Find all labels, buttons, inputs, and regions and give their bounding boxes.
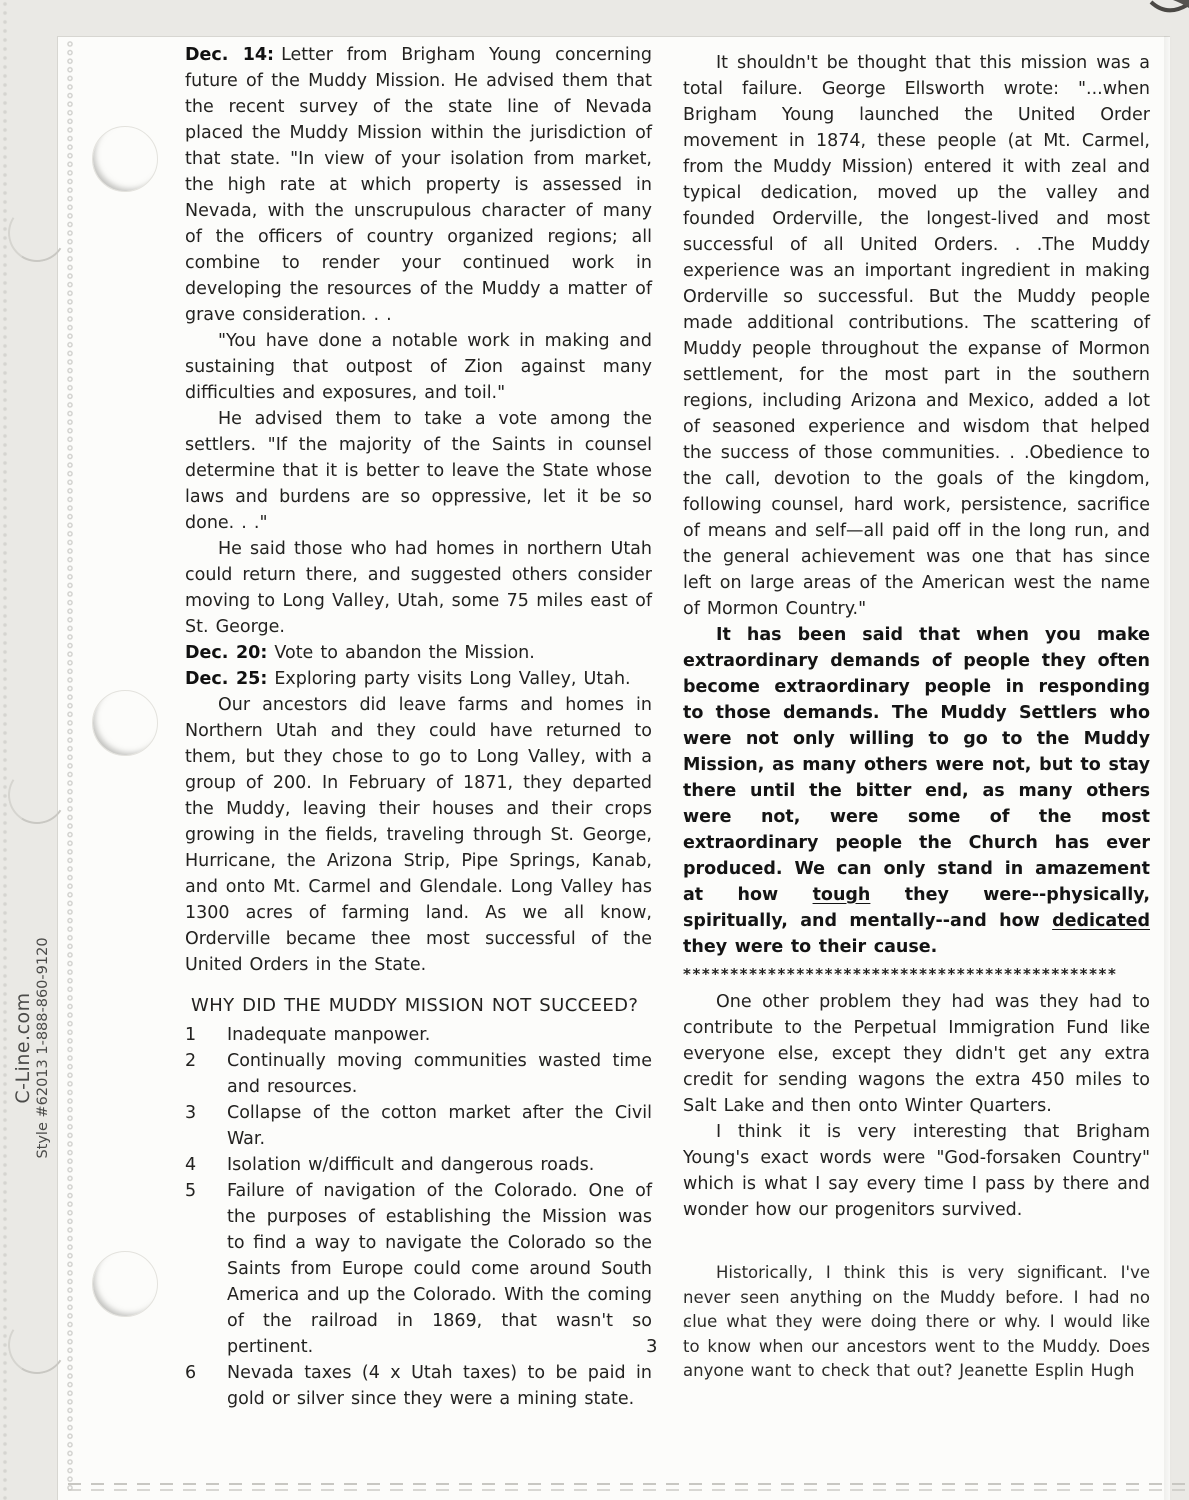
list-number: 1 (185, 1022, 196, 1048)
paragraph-historical-note: Historically, I think this is very signi… (683, 1261, 1150, 1384)
binder-hole (92, 126, 158, 192)
list-item: 2Continually moving communities wasted t… (185, 1048, 652, 1100)
paragraph-text: Letter from Brigham Young concerning fut… (185, 45, 652, 325)
page-number: 3 (646, 1336, 657, 1357)
brand-name: C-Line.com (13, 935, 35, 1161)
paragraph-dec20: Dec. 20:Vote to abandon the Mission. (185, 640, 652, 666)
date-label: Dec. 25: (185, 669, 267, 689)
list-number: 4 (185, 1152, 196, 1178)
list-item: 6Nevada taxes (4 x Utah taxes) to be pai… (185, 1360, 652, 1412)
paragraph-dec25: Dec. 25:Exploring party visits Long Vall… (185, 666, 652, 692)
section-heading: WHY DID THE MUDDY MISSION NOT SUCCEED? (185, 993, 652, 1019)
protector-bottom-seal (68, 1483, 1189, 1485)
paragraph-dec14: Dec. 14:Letter from Brigham Young concer… (185, 42, 652, 328)
paper-right-edge-shadow (1164, 36, 1172, 1500)
page-corner-fold-mark (1149, 0, 1189, 22)
paragraph-ancestors: Our ancestors did leave farms and homes … (185, 692, 652, 978)
paragraph-text: Exploring party visits Long Valley, Utah… (274, 669, 630, 689)
paragraph-text: Vote to abandon the Mission. (274, 643, 534, 663)
list-number: 5 (185, 1178, 196, 1204)
paragraph-vote: He advised them to take a vote among the… (185, 406, 652, 536)
list-text: Collapse of the cotton market after the … (227, 1103, 652, 1149)
binder-hole (92, 1251, 158, 1317)
paragraph-immigration-fund: One other problem they had was they had … (683, 989, 1150, 1119)
list-number: 2 (185, 1048, 196, 1074)
list-item: 3Collapse of the cotton market after the… (185, 1100, 652, 1152)
paragraph-text: they were to their cause. (683, 937, 937, 957)
list-text: Inadequate manpower. (227, 1025, 430, 1045)
paragraph-extraordinary: It has been said that when you make extr… (683, 622, 1150, 960)
list-number: 3 (185, 1100, 196, 1126)
paragraph-homes: He said those who had homes in northern … (185, 536, 652, 640)
paragraph-quote: "You have done a notable work in making … (185, 328, 652, 406)
list-item: 4Isolation w/difficult and dangerous roa… (185, 1152, 652, 1178)
sheet-protector-brand-label: C-Line.com Style #62013 1-888-860-9120 (13, 935, 61, 1161)
brand-style-phone: Style #62013 1-888-860-9120 (35, 935, 52, 1161)
list-text: Nevada taxes (4 x Utah taxes) to be paid… (227, 1363, 652, 1409)
right-column: It shouldn't be thought that this missio… (683, 50, 1150, 1384)
sheet-protector-perforation-strip (61, 40, 81, 1492)
list-text: Isolation w/difficult and dangerous road… (227, 1155, 594, 1175)
date-label: Dec. 20: (185, 643, 267, 663)
asterisk-divider: ****************************************… (683, 961, 1150, 987)
list-item: 1Inadequate manpower. (185, 1022, 652, 1048)
list-text: Failure of navigation of the Colorado. O… (227, 1181, 652, 1357)
underlined-word: dedicated (1052, 911, 1150, 931)
paragraph-godforsaken: I think it is very interesting that Brig… (683, 1119, 1150, 1223)
list-item: 5Failure of navigation of the Colorado. … (185, 1178, 652, 1360)
paragraph-text: It has been said that when you make extr… (683, 625, 1150, 905)
paragraph-not-total-failure: It shouldn't be thought that this missio… (683, 50, 1150, 622)
left-column: Dec. 14:Letter from Brigham Young concer… (185, 42, 652, 1412)
protector-bottom-seal (68, 1489, 1189, 1491)
binder-hole (92, 690, 158, 756)
list-text: Continually moving communities wasted ti… (227, 1051, 652, 1097)
scanned-document-page: C-Line.com Style #62013 1-888-860-9120 D… (0, 0, 1189, 1500)
list-number: 6 (185, 1360, 196, 1386)
underlined-word: tough (813, 885, 871, 905)
date-label: Dec. 14: (185, 45, 274, 65)
